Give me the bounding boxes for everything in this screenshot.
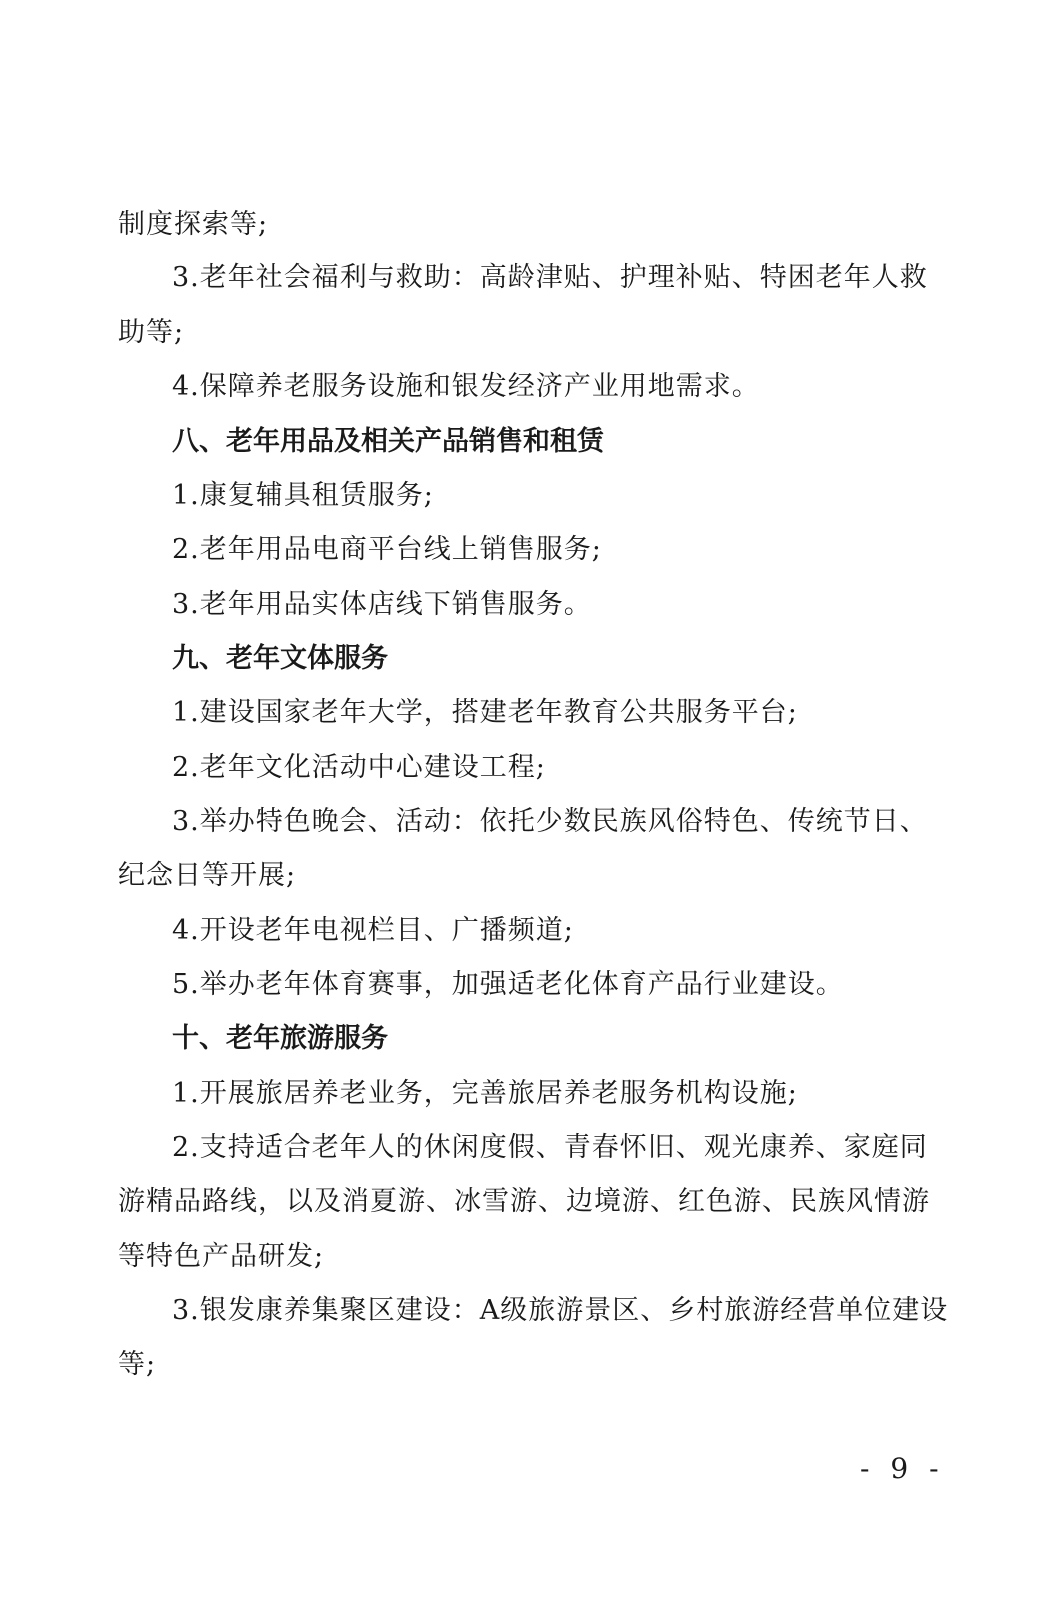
paragraph-line: 2.老年用品电商平台线上销售服务; (172, 532, 602, 568)
paragraph-line: 5.举办老年体育赛事，加强适老化体育产品行业建设。 (172, 967, 844, 1003)
paragraph-line: 游精品路线，以及消夏游、冰雪游、边境游、红色游、民族风情游 (118, 1184, 924, 1220)
paragraph-line: 2.支持适合老年人的休闲度假、青春怀旧、观光康养、家庭同 (172, 1130, 924, 1166)
paragraph-line: 助等; (118, 315, 184, 351)
paragraph-line: 纪念日等开展; (118, 858, 296, 894)
paragraph-line: 3.举办特色晚会、活动：依托少数民族风俗特色、传统节日、 (172, 804, 924, 840)
paragraph-line: 等; (118, 1347, 156, 1383)
paragraph-line: 等特色产品研发; (118, 1239, 324, 1275)
paragraph-line: 2.老年文化活动中心建设工程; (172, 750, 546, 786)
section-heading: 十、老年旅游服务 (172, 1021, 388, 1057)
paragraph-line: 3.银发康养集聚区建设：A级旅游景区、乡村旅游经营单位建设 (172, 1293, 924, 1329)
paragraph-line: 1.建设国家老年大学，搭建老年教育公共服务平台; (172, 695, 798, 731)
section-heading: 八、老年用品及相关产品销售和租赁 (172, 424, 604, 460)
paragraph-line: 1.康复辅具租赁服务; (172, 478, 434, 514)
paragraph-line: 4.开设老年电视栏目、广播频道; (172, 913, 574, 949)
page-number: - 9 - (860, 1452, 945, 1485)
paragraph-line: 4.保障养老服务设施和银发经济产业用地需求。 (172, 369, 760, 405)
paragraph-line: 3.老年社会福利与救助：高龄津贴、护理补贴、特困老年人救 (172, 260, 924, 296)
section-heading: 九、老年文体服务 (172, 641, 388, 677)
document-page: 制度探索等;3.老年社会福利与救助：高龄津贴、护理补贴、特困老年人救助等;4.保… (0, 0, 1062, 1600)
paragraph-line: 制度探索等; (118, 207, 268, 243)
paragraph-line: 3.老年用品实体店线下销售服务。 (172, 587, 592, 623)
paragraph-line: 1.开展旅居养老业务，完善旅居养老服务机构设施; (172, 1076, 798, 1112)
